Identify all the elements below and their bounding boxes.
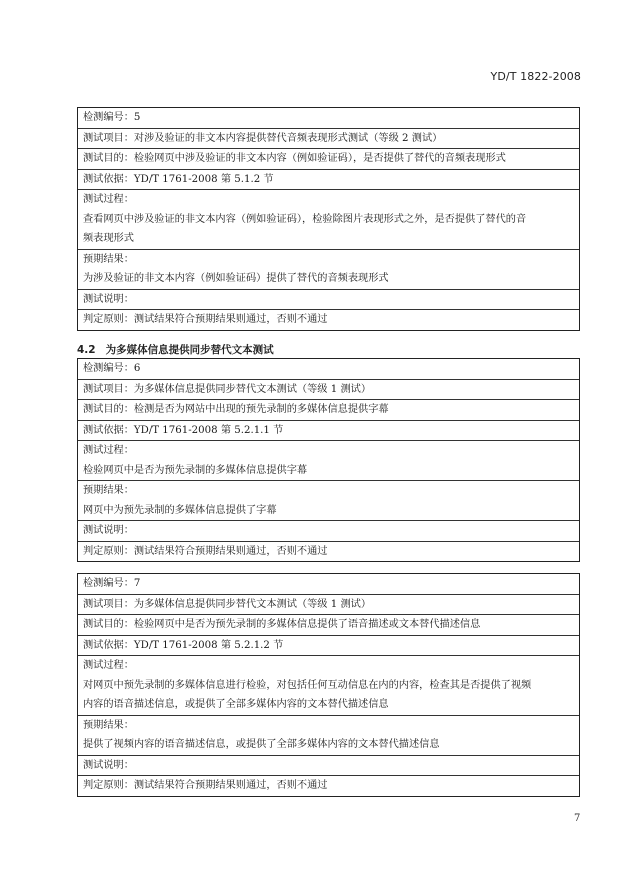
test-notes-row: 测试说明： xyxy=(78,520,579,541)
test-case-table-7: 检测编号：7 测试项目：为多媒体信息提供同步替代文本测试（等级 1 测试） 测试… xyxy=(77,573,580,797)
row-text: 判定原则：测试结果符合预期结果则通过，否则不通过 xyxy=(83,310,574,330)
row-text: 检测编号：6 xyxy=(83,359,574,379)
row-label: 预期结果： xyxy=(83,250,574,270)
row-text: 测试说明： xyxy=(83,521,574,541)
row-text: 频表现形式 xyxy=(83,229,574,249)
row-label: 预期结果： xyxy=(83,716,574,736)
test-basis-row: 测试依据：YD/T 1761-2008 第 5.2.1.2 节 xyxy=(78,635,579,656)
test-case-table-6: 检测编号：6 测试项目：为多媒体信息提供同步替代文本测试（等级 1 测试） 测试… xyxy=(77,358,580,562)
test-purpose-row: 测试目的：检测是否为网站中出现的预先录制的多媒体信息提供字幕 xyxy=(78,399,579,420)
row-text: 测试依据：YD/T 1761-2008 第 5.2.1.2 节 xyxy=(83,636,574,656)
row-label: 测试过程： xyxy=(83,441,574,461)
row-text: 测试目的：检验网页中是否为预先录制的多媒体信息提供了语音描述或文本替代描述信息 xyxy=(83,615,574,635)
row-text: 测试依据：YD/T 1761-2008 第 5.1.2 节 xyxy=(83,170,574,190)
row-text: 对网页中预先录制的多媒体信息进行检验，对包括任何互动信息在内的内容，检查其是否提… xyxy=(83,676,574,696)
test-process-row: 测试过程： 查看网页中涉及验证的非文本内容（例如验证码），检验除图片表现形式之外… xyxy=(78,189,579,249)
section-title: 为多媒体信息提供同步替代文本测试 xyxy=(106,344,274,356)
row-text: 网页中为预先录制的多媒体信息提供了字幕 xyxy=(83,501,574,521)
row-text: 测试说明： xyxy=(83,756,574,776)
row-text: 提供了视频内容的语音描述信息，或提供了全部多媒体内容的文本替代描述信息 xyxy=(83,735,574,755)
judgment-rule-row: 判定原则：测试结果符合预期结果则通过，否则不通过 xyxy=(78,775,579,796)
row-label: 预期结果： xyxy=(83,481,574,501)
row-text: 测试项目：为多媒体信息提供同步替代文本测试（等级 1 测试） xyxy=(83,380,574,400)
test-basis-row: 测试依据：YD/T 1761-2008 第 5.2.1.1 节 xyxy=(78,420,579,441)
document-code: YD/T 1822-2008 xyxy=(491,70,581,83)
row-label: 测试过程： xyxy=(83,656,574,676)
test-item-row: 测试项目：为多媒体信息提供同步替代文本测试（等级 1 测试） xyxy=(78,594,579,615)
row-text: 测试目的：检验网页中涉及验证的非文本内容（例如验证码），是否提供了替代的音频表现… xyxy=(83,149,574,169)
section-number: 4.2 xyxy=(77,344,96,356)
row-text: 为涉及验证的非文本内容（例如验证码）提供了替代的音频表现形式 xyxy=(83,269,574,289)
test-process-row: 测试过程： 检验网页中是否为预先录制的多媒体信息提供字幕 xyxy=(78,440,579,480)
test-id-row: 检测编号：7 xyxy=(78,574,579,594)
row-text: 判定原则：测试结果符合预期结果则通过，否则不通过 xyxy=(83,542,574,562)
test-item-row: 测试项目：对涉及验证的非文本内容提供替代音频表现形式测试（等级 2 测试） xyxy=(78,128,579,149)
row-text: 测试项目：为多媒体信息提供同步替代文本测试（等级 1 测试） xyxy=(83,595,574,615)
judgment-rule-row: 判定原则：测试结果符合预期结果则通过，否则不通过 xyxy=(78,541,579,562)
row-text: 检测编号：5 xyxy=(83,108,574,128)
test-case-table-5: 检测编号：5 测试项目：对涉及验证的非文本内容提供替代音频表现形式测试（等级 2… xyxy=(77,107,580,331)
judgment-rule-row: 判定原则：测试结果符合预期结果则通过，否则不通过 xyxy=(78,309,579,330)
test-id-row: 检测编号：6 xyxy=(78,359,579,379)
row-text: 测试项目：对涉及验证的非文本内容提供替代音频表现形式测试（等级 2 测试） xyxy=(83,129,574,149)
expected-result-row: 预期结果： 提供了视频内容的语音描述信息，或提供了全部多媒体内容的文本替代描述信… xyxy=(78,715,579,755)
row-text: 测试说明： xyxy=(83,290,574,310)
test-item-row: 测试项目：为多媒体信息提供同步替代文本测试（等级 1 测试） xyxy=(78,379,579,400)
expected-result-row: 预期结果： 为涉及验证的非文本内容（例如验证码）提供了替代的音频表现形式 xyxy=(78,249,579,289)
test-notes-row: 测试说明： xyxy=(78,755,579,776)
test-basis-row: 测试依据：YD/T 1761-2008 第 5.1.2 节 xyxy=(78,169,579,190)
row-label: 测试过程： xyxy=(83,190,574,210)
test-id-row: 检测编号：5 xyxy=(78,108,579,128)
row-text: 判定原则：测试结果符合预期结果则通过，否则不通过 xyxy=(83,776,574,796)
row-text: 查看网页中涉及验证的非文本内容（例如验证码），检验除图片表现形式之外，是否提供了… xyxy=(83,210,574,230)
row-text: 内容的语音描述信息，或提供了全部多媒体内容的文本替代描述信息 xyxy=(83,695,574,715)
test-purpose-row: 测试目的：检验网页中涉及验证的非文本内容（例如验证码），是否提供了替代的音频表现… xyxy=(78,148,579,169)
page-number: 7 xyxy=(574,813,580,824)
row-text: 检测编号：7 xyxy=(83,574,574,594)
row-text: 测试依据：YD/T 1761-2008 第 5.2.1.1 节 xyxy=(83,421,574,441)
test-purpose-row: 测试目的：检验网页中是否为预先录制的多媒体信息提供了语音描述或文本替代描述信息 xyxy=(78,614,579,635)
test-notes-row: 测试说明： xyxy=(78,289,579,310)
row-text: 测试目的：检测是否为网站中出现的预先录制的多媒体信息提供字幕 xyxy=(83,400,574,420)
test-process-row: 测试过程： 对网页中预先录制的多媒体信息进行检验，对包括任何互动信息在内的内容，… xyxy=(78,655,579,715)
section-heading: 4.2为多媒体信息提供同步替代文本测试 xyxy=(77,342,274,357)
expected-result-row: 预期结果： 网页中为预先录制的多媒体信息提供了字幕 xyxy=(78,480,579,520)
row-text: 检验网页中是否为预先录制的多媒体信息提供字幕 xyxy=(83,461,574,481)
